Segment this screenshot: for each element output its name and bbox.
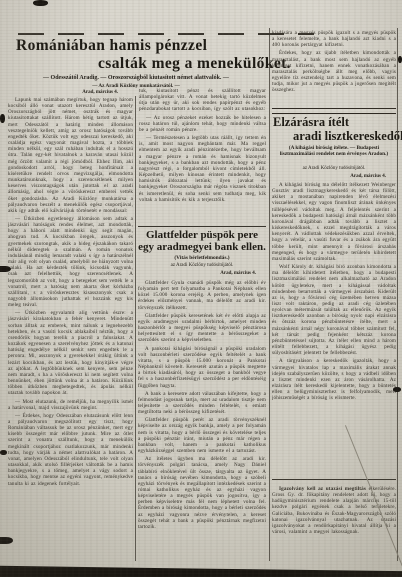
paragraph: — Az orosz pénzeket ezeket hozzák be hit… — [139, 115, 266, 133]
brief-item: Igazolvány kell az utazási megtiltás elk… — [272, 486, 396, 558]
flour-subhead: (A kihágási bíróság ítélete. — Budapesti… — [272, 145, 396, 158]
newspaper-page: Romániában hamis pénzzel csalták meg a m… — [0, 0, 402, 577]
ink-smudge — [0, 450, 7, 455]
paragraph: Az ítéletes ügyben ma délelőtt az aradi … — [138, 456, 266, 530]
flour-credit: az Aradi Közlöny tudósítójától. — [272, 166, 396, 171]
paragraph: — Természetesen a legtöbb utas ráállt, í… — [139, 135, 266, 203]
bishop-credit: az Aradi Közlöny tudósítójától. — [138, 263, 266, 268]
paragraph: A kihágási bíróság ma délelőtt ítélkezet… — [272, 182, 396, 262]
flour-article-body: A kihágási bíróság ma délelőtt ítélkezet… — [272, 182, 396, 474]
flour-article-double-rule — [272, 108, 396, 114]
ink-smudge — [393, 387, 401, 392]
bishop-article-top-rule — [138, 226, 266, 227]
ink-smudge — [0, 114, 5, 123]
flour-dateline: Arad, március 4. — [272, 174, 386, 179]
main-article-column-1: Lapunk mai számában megírtuk, hogy tegna… — [8, 97, 133, 554]
newspaper-content: Romániában hamis pénzzel csalták meg a m… — [0, 0, 402, 577]
bishop-subhead: (Vitás bérletfelmondás.) — [138, 255, 266, 262]
paragraph: Érdekes, hogy az újabb ítéletben kimondo… — [272, 50, 396, 93]
flour-headline-line2: aradi lisztkereskedők. — [293, 129, 402, 144]
flour-headline-line1: Elzárásra ítélt — [273, 115, 349, 130]
paragraph: — Útközben egyetlenegy állomáson sem adt… — [8, 216, 133, 308]
brief-text: elkerülésére. Gross Gy. dr. főkapitány r… — [272, 486, 396, 535]
ink-smudge — [33, 0, 48, 6]
paragraph: — Útközben egyvalamit alig vettünk észre… — [8, 310, 133, 396]
paragraph: Glattfelder Gyula csanádi püspök még az … — [138, 280, 266, 311]
ink-smudge — [398, 56, 402, 63]
main-headline-line2: csalták meg a menekülőket. — [98, 55, 291, 73]
ink-smudge — [0, 537, 13, 544]
bishop-article-body: Glattfelder Gyula csanádi püspök még az … — [138, 280, 266, 561]
main-article-column-2: tuk, kiutasított pénzt és szállított mag… — [139, 88, 266, 224]
paragraph: A tárgyaláson a kereskedők igazolták, ho… — [272, 358, 396, 401]
bishop-dateline: Arad, március 4. — [138, 271, 256, 276]
paragraph: — Most elutazunk, de reméljük, ha megnyí… — [8, 399, 133, 411]
paragraph: tuk, kiutasított pénzt és szállított mag… — [139, 88, 266, 113]
brief-separator-rule — [272, 479, 396, 480]
paragraph: Lapunk mai számában megírtuk, hogy tegna… — [8, 97, 133, 214]
main-subhead: — Odesszától Aradig. — Oroszországból ki… — [8, 75, 264, 82]
paragraph: Glattfelder püspök keresetének két év el… — [138, 313, 266, 344]
bishop-headline-line2: egy aradmegyei bank ellen. — [138, 241, 266, 253]
right-continuation: kiadására a megyés püspök igazolt s a me… — [272, 30, 396, 107]
ink-smudge — [0, 266, 11, 272]
paragraph: Wolf Károly dr. kihágási bíró azonban ki… — [272, 264, 396, 356]
column-rule-right-edge — [397, 28, 398, 561]
bishop-headline-line1: Glattfelder püspök pere — [138, 229, 266, 241]
paragraph: Glattfelder püspök perét az aradi törvén… — [138, 417, 266, 454]
paragraph: A pankotai kihágási bíróságnál a püspöki… — [138, 346, 266, 389]
column-rule-left-middle — [135, 96, 136, 561]
paragraph: — Érdekes, hogy Odesszában elutazásunk e… — [8, 413, 133, 487]
main-dateline: Arad, március 4. — [8, 90, 118, 95]
main-headline-line1: Romániában hamis pénzzel — [16, 37, 207, 55]
paragraph: A bank a keresetre adott válaszában kife… — [138, 391, 266, 416]
column-rule-middle-right — [269, 28, 270, 561]
paragraph: kiadására a megyés püspök igazolt s a me… — [272, 30, 396, 48]
